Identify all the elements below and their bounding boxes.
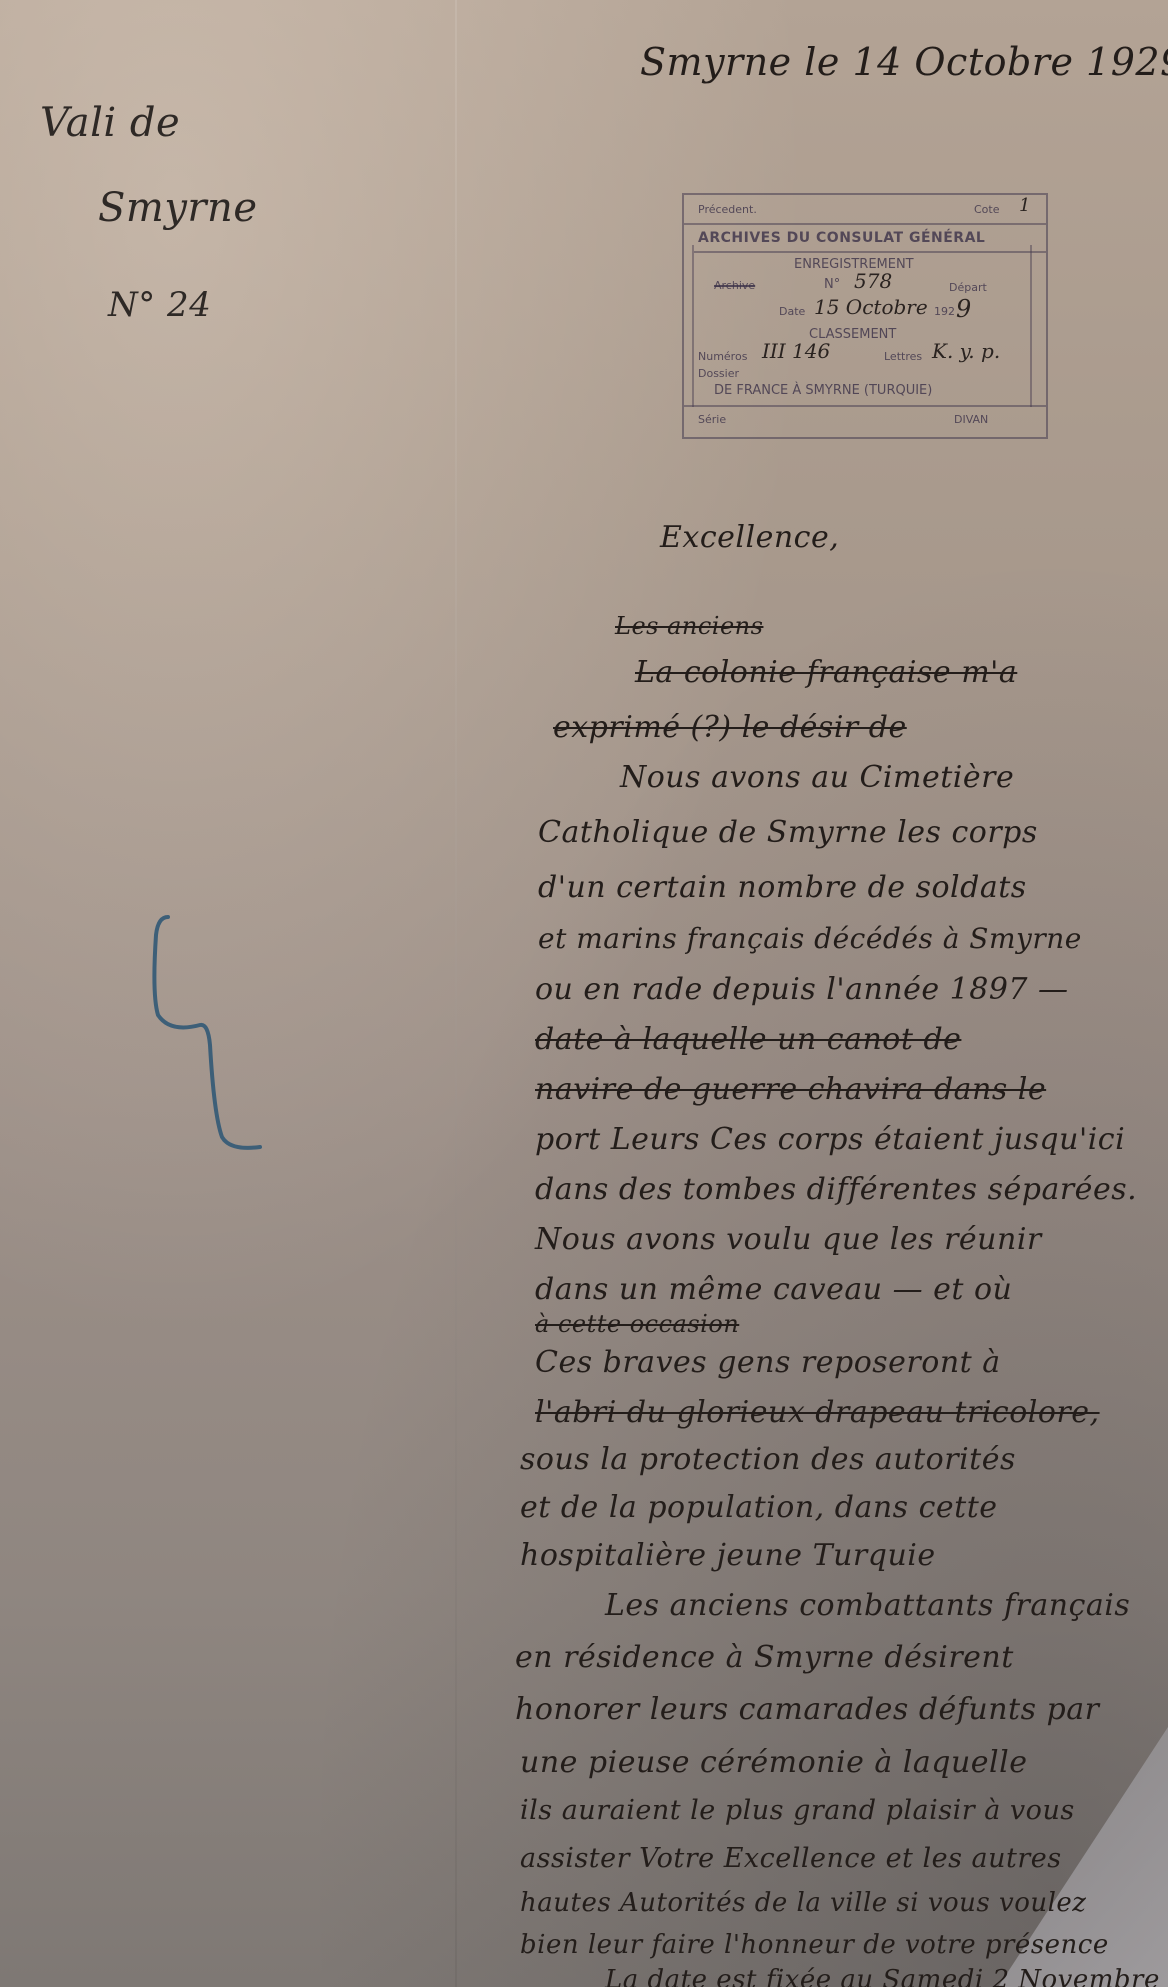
body-line-11: dans des tombes différentes séparées.	[535, 1172, 1137, 1207]
blue-pencil-bracket-mark	[150, 915, 270, 1155]
body-line-16: l'abri du glorieux drapeau tricolore,	[535, 1395, 1100, 1430]
body-line-7: ou en rade depuis l'année 1897 —	[535, 972, 1069, 1007]
body-line-2: exprimé (?) le désir de	[553, 710, 907, 745]
archive-stamp: Précedent. Cote 1 ARCHIVES DU CONSULAT G…	[682, 193, 1048, 439]
body-line-3: Nous avons au Cimetière	[620, 760, 1014, 795]
stamp-year-hand: 9	[956, 295, 1046, 323]
body-line-17: sous la protection des autorités	[520, 1442, 1016, 1477]
body-line-5: d'un certain nombre de soldats	[538, 870, 1027, 905]
body-line-1: La colonie française m'a	[635, 655, 1017, 690]
stamp-footer: DE FRANCE À SMYRNE (TURQUIE)	[714, 383, 1046, 398]
body-line-23: une pieuse cérémonie à laquelle	[520, 1745, 1027, 1780]
body-line-28: La date est fixée au Samedi 2 Novembre	[605, 1965, 1160, 1987]
stamp-dossier-label: Dossier	[698, 367, 1046, 380]
body-line-27: bien leur faire l'honneur de votre prése…	[520, 1930, 1109, 1960]
body-line-8: date à laquelle un canot de	[535, 1022, 961, 1057]
margin-note-line1: Vali de	[40, 100, 180, 146]
paper-fold	[455, 0, 457, 1987]
body-line-15: Ces braves gens reposeront à	[535, 1345, 1001, 1380]
stamp-cote-value: 1	[1019, 195, 1046, 216]
body-line-4: Catholique de Smyrne les corps	[538, 815, 1038, 850]
body-line-9: navire de guerre chavira dans le	[535, 1072, 1046, 1107]
body-line-6: et marins français décédés à Smyrne	[538, 922, 1082, 955]
margin-note-number: N° 24	[108, 285, 211, 325]
stamp-header: ARCHIVES DU CONSULAT GÉNÉRAL	[698, 230, 1046, 246]
body-line-25: assister Votre Excellence et les autres	[520, 1843, 1062, 1874]
body-line-14: à cette occasion	[535, 1310, 739, 1338]
salutation: Excellence,	[660, 520, 839, 555]
body-line-0: Les anciens	[615, 612, 763, 640]
body-line-26: hautes Autorités de la ville si vous vou…	[520, 1888, 1087, 1918]
margin-note-line2: Smyrne	[98, 185, 257, 231]
body-line-10: port Leurs Ces corps étaient jusqu'ici	[535, 1122, 1125, 1157]
stamp-depart-label: Départ	[949, 281, 1046, 294]
body-line-21: en résidence à Smyrne désirent	[515, 1640, 1014, 1675]
body-line-13: dans un même caveau — et où	[535, 1272, 1012, 1307]
body-line-24: ils auraient le plus grand plaisir à vou…	[520, 1795, 1075, 1826]
body-line-19: hospitalière jeune Turquie	[520, 1538, 936, 1573]
body-line-22: honorer leurs camarades défunts par	[515, 1692, 1099, 1727]
body-line-12: Nous avons voulu que les réunir	[535, 1222, 1042, 1257]
stamp-divan-label: DIVAN	[954, 413, 1046, 426]
dateline: Smyrne le 14 Octobre 1929	[640, 40, 1168, 84]
body-line-18: et de la population, dans cette	[520, 1490, 998, 1525]
body-line-20: Les anciens combattants français	[605, 1588, 1130, 1623]
stamp-lettres-value: K. y. p.	[932, 339, 1046, 363]
